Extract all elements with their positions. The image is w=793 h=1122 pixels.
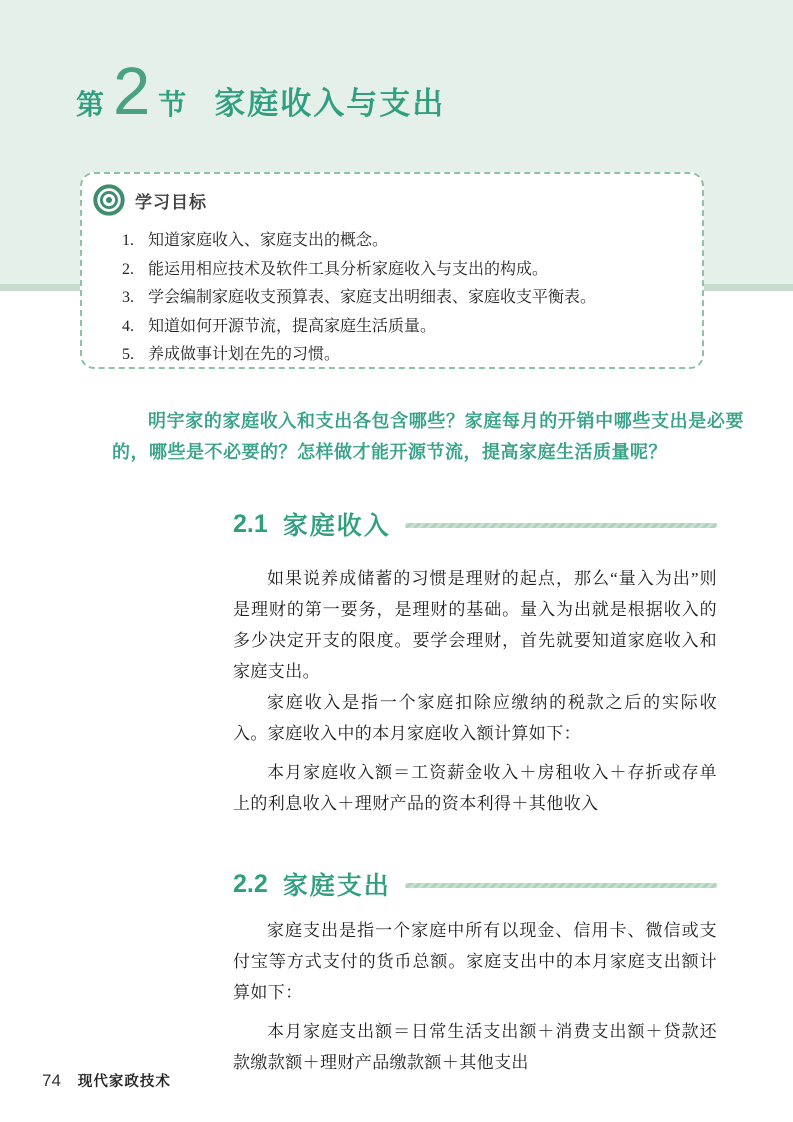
list-item-text: 养成做事计划在先的习惯。 xyxy=(148,341,340,370)
section-number: 2.1 xyxy=(233,510,268,539)
list-item-text: 能运用相应技术及软件工具分析家庭收入与支出的构成。 xyxy=(148,256,548,285)
list-item-number: 1. xyxy=(122,227,148,256)
page-number: 74 xyxy=(42,1071,61,1091)
section-heading-rule xyxy=(405,883,717,888)
paragraph: 家庭支出是指一个家庭中所有以现金、信用卡、微信或支付宝等方式支付的货币总额。家庭… xyxy=(233,915,717,1008)
list-item: 5. 养成做事计划在先的习惯。 xyxy=(122,341,596,370)
section-heading-2-2: 2.2 家庭支出 xyxy=(233,865,717,903)
target-icon xyxy=(92,183,126,217)
learning-objectives-header: 学习目标 xyxy=(92,183,207,217)
list-item: 2. 能运用相应技术及软件工具分析家庭收入与支出的构成。 xyxy=(122,256,596,285)
list-item: 1. 知道家庭收入、家庭支出的概念。 xyxy=(122,227,596,256)
list-item-text: 学会编制家庭收支预算表、家庭支出明细表、家庭收支平衡表。 xyxy=(148,284,596,313)
list-item: 4. 知道如何开源节流，提高家庭生活质量。 xyxy=(122,313,596,342)
learning-objectives-title: 学习目标 xyxy=(135,188,207,213)
list-item-text: 知道家庭收入、家庭支出的概念。 xyxy=(148,227,388,256)
main-content: 2.1 家庭收入 如果说养成储蓄的习惯是理财的起点，那么“量入为出”则是理财的第… xyxy=(233,505,717,1078)
chapter-prefix: 第 xyxy=(76,83,105,123)
section-number: 2.2 xyxy=(233,870,268,899)
list-item-number: 5. xyxy=(122,341,148,370)
formula-income: 本月家庭收入额＝工资薪金收入＋房租收入＋存折或存单上的利息收入＋理财产品的资本利… xyxy=(233,757,717,819)
section-title: 家庭收入 xyxy=(283,506,391,542)
learning-objectives-list: 1. 知道家庭收入、家庭支出的概念。 2. 能运用相应技术及软件工具分析家庭收入… xyxy=(122,227,596,370)
list-item: 3. 学会编制家庭收支预算表、家庭支出明细表、家庭收支平衡表。 xyxy=(122,284,596,313)
list-item-number: 3. xyxy=(122,284,148,313)
chapter-suffix: 节 xyxy=(158,83,187,123)
chapter-title: 家庭收入与支出 xyxy=(214,78,445,123)
formula-expense: 本月家庭支出额＝日常生活支出额＋消费支出额＋贷款还款缴款额＋理财产品缴款额＋其他… xyxy=(233,1016,717,1078)
page-footer: 74 现代家政技术 xyxy=(42,1070,171,1091)
chapter-number: 2 xyxy=(113,58,150,125)
section-heading-2-1: 2.1 家庭收入 xyxy=(233,505,717,543)
learning-objectives-box: 学习目标 1. 知道家庭收入、家庭支出的概念。 2. 能运用相应技术及软件工具分… xyxy=(80,172,704,369)
list-item-number: 4. xyxy=(122,313,148,342)
section-title: 家庭支出 xyxy=(283,866,391,902)
paragraph: 家庭收入是指一个家庭扣除应缴纳的税款之后的实际收入。家庭收入中的本月家庭收入额计… xyxy=(233,687,717,749)
chapter-heading: 第 2 节 家庭收入与支出 xyxy=(76,58,445,125)
book-title: 现代家政技术 xyxy=(78,1070,171,1091)
section-heading-rule xyxy=(405,523,717,528)
lead-question: 明宇家的家庭收入和支出各包含哪些？家庭每月的开销中哪些支出是必要的，哪些是不必要… xyxy=(112,406,744,468)
list-item-number: 2. xyxy=(122,256,148,285)
paragraph: 如果说养成储蓄的习惯是理财的起点，那么“量入为出”则是理财的第一要务，是理财的基… xyxy=(233,563,717,687)
list-item-text: 知道如何开源节流，提高家庭生活质量。 xyxy=(148,313,436,342)
